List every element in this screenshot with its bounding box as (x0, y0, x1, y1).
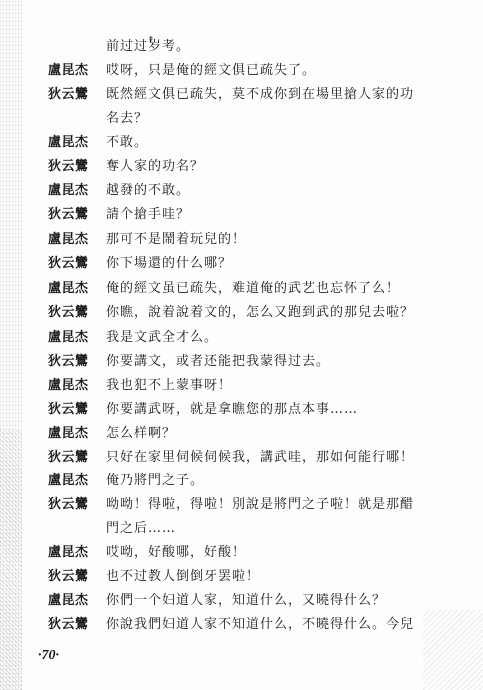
speaker-name: 狄云鸞 (48, 351, 104, 373)
speaker-name: 盧昆杰 (48, 590, 104, 612)
speech-text: 你要講文，或者还能把我蒙得过去。 (106, 351, 330, 373)
speaker-name: 盧昆杰 (48, 375, 104, 397)
speech-text: 也不过教人倒倒牙罢啦！ (106, 566, 260, 588)
speech-text: 你瞧，說着說着文的，怎么又跑到武的那兒去啦？ (106, 302, 414, 324)
speaker-name: 盧昆杰 (48, 180, 104, 202)
speech-text: 越發的不敢。 (106, 180, 190, 202)
speaker-name: 狄云鸞 (48, 156, 104, 178)
speaker-name: 狄云鸞 (48, 302, 104, 324)
speaker-name: 盧昆杰 (48, 132, 104, 154)
speaker-name: 狄云鸞 (48, 204, 104, 226)
speech-text: 我是文武全才么。 (106, 327, 218, 349)
speaker-name: 盧昆杰 (48, 470, 104, 492)
speaker-name: 狄云鸞 (48, 494, 104, 516)
speaker-name: 盧昆杰 (48, 60, 104, 82)
speech-text: 哎呀，只是俺的經文俱已疏失了。 (106, 60, 316, 82)
speaker-name: 盧昆杰 (48, 327, 104, 349)
speaker-name: 盧昆杰 (48, 423, 104, 445)
speaker-name: 狄云鸞 (48, 447, 104, 469)
page-number: ·70· (38, 648, 59, 664)
speech-text: 你下場還的什么哪？ (106, 253, 232, 275)
speech-text: 前过过岁考。 (106, 36, 190, 58)
speech-text: 名去？ (106, 108, 148, 130)
speech-text: 怎么样啊？ (106, 423, 176, 445)
speech-text: 哎呦，好酸哪，好酸！ (106, 542, 246, 564)
speech-text: 我也犯不上蒙事呀！ (106, 375, 232, 397)
speaker-name: 盧昆杰 (48, 278, 104, 300)
speech-text: 你說我們妇道人家不知道什么，不曉得什么。今兒 (106, 614, 414, 636)
book-page: ǂ 前过过岁考。 盧昆杰 哎呀，只是俺的經文俱已疏失了。 狄云鸞 既然經文俱已疏… (0, 0, 483, 690)
speech-text: 俺乃將門之子。 (106, 470, 204, 492)
speaker-name: 盧昆杰 (48, 229, 104, 251)
speech-text: 你要講武呀，就是拿瞧您的那点本事…… (106, 399, 358, 421)
speech-text: 你們一个妇道人家，知道什么，又曉得什么？ (106, 590, 386, 612)
speech-text: 不敢。 (106, 132, 148, 154)
speaker-name: 盧昆杰 (48, 542, 104, 564)
speech-text: 呦呦！得啦，得啦！別說是將門之子啦！就是那醋 (106, 494, 414, 516)
speech-text: 門之后…… (106, 518, 176, 540)
speech-text: 既然經文俱已疏失，莫不成你到在場里搶人家的功 (106, 84, 414, 106)
speaker-name: 狄云鸞 (48, 253, 104, 275)
speech-text: 那可不是鬧着玩兒的！ (106, 229, 246, 251)
speaker-name: 狄云鸞 (48, 614, 104, 636)
speech-text: 請个搶手哇？ (106, 204, 190, 226)
speaker-name: 狄云鸞 (48, 399, 104, 421)
speaker-name: 狄云鸞 (48, 84, 104, 106)
speech-text: 奪人家的功名？ (106, 156, 204, 178)
speech-text: 俺的經文虽已疏失，难道俺的武艺也忘怀了么！ (106, 278, 400, 300)
speaker-name: 狄云鸞 (48, 566, 104, 588)
speech-text: 只好在家里伺候伺候我，講武哇，那如何能行哪！ (106, 447, 414, 469)
